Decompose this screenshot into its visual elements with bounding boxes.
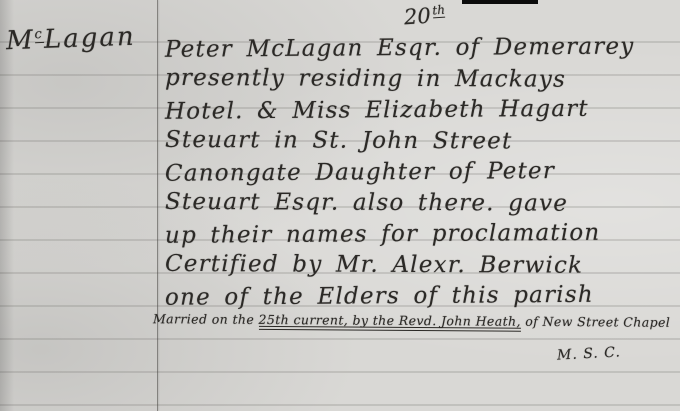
body-line: up their names for proclamation [165, 217, 670, 252]
body-line: Canongate Daughter of Peter [165, 155, 670, 190]
entry-date-ordinal-suffix: th [432, 3, 446, 19]
marriage-footnote-suffix: of New Street Chapel [521, 314, 670, 330]
body-line: presently residing in Mackays [165, 63, 670, 96]
body-line: Steuart Esqr. also there. gave [165, 187, 670, 220]
column-divider-line [157, 0, 158, 411]
top-edge-scan-artifact [462, 0, 538, 4]
body-line: Certified by Mr. Alexr. Berwick [165, 249, 670, 282]
margin-surname-label: McLagan [6, 22, 137, 57]
register-entry-body: Peter McLagan Esqr. of Demerarey present… [165, 33, 670, 312]
body-line: one of the Elders of this parish [165, 279, 670, 314]
body-line: Peter McLagan Esqr. of Demerarey [165, 31, 670, 66]
left-edge-shading [0, 0, 14, 411]
margin-surname-rest: Lagan [43, 22, 136, 55]
marriage-footnote: Married on the 25th current, by the Revd… [153, 311, 670, 330]
margin-surname-superscript: c [34, 27, 44, 43]
body-line: Steuart in St. John Street [165, 125, 670, 158]
body-line: Hotel. & Miss Elizabeth Hagart [165, 93, 670, 128]
register-page-scan: 20th McLagan Peter McLagan Esqr. of Deme… [0, 0, 680, 411]
marriage-footnote-underlined: 25th current, by the Revd. John Heath, [259, 312, 521, 332]
entry-date-number: 20 [403, 4, 431, 30]
clerk-initials-signature: M. S. C. [557, 344, 622, 363]
entry-date-heading: 20th [403, 3, 446, 30]
marriage-footnote-prefix: Married on the [153, 311, 259, 327]
margin-surname-prefix: M [6, 25, 36, 56]
